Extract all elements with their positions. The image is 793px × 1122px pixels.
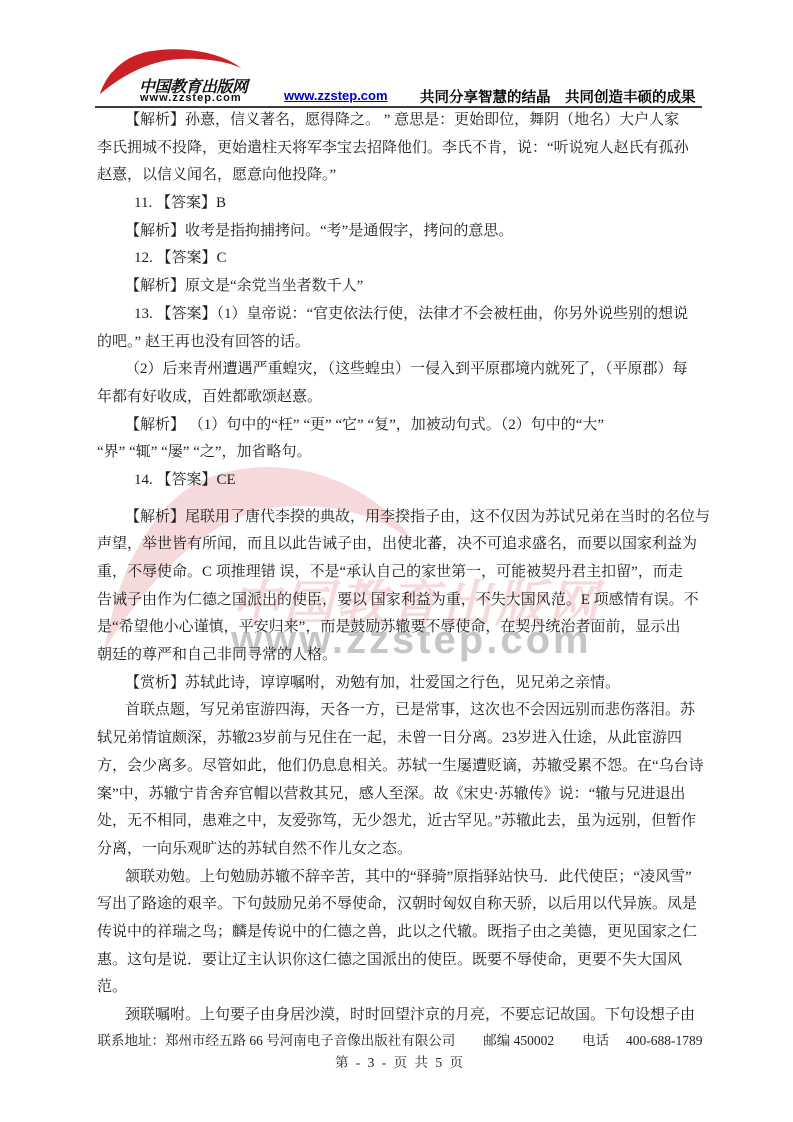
body-line: 写出了路途的艰辛。下句鼓励兄弟不辱使命，汉朝时匈奴自称天骄，以后用以代异族。凤是 — [97, 891, 703, 919]
body-line: 14. 【答案】CE — [97, 467, 703, 495]
body-line: 【解析】 （1）句中的“枉” “更” “它” “复”，加被动句式。（2）句中的“… — [97, 412, 703, 440]
body-line: 11. 【答案】B — [97, 190, 703, 218]
body-line: 年都有好收成，百姓都歌颂赵憙。 — [97, 384, 703, 412]
body-line: 13. 【答案】（1）皇帝说：“官吏依法行使，法律才不会被枉曲，你另外说些别的想… — [97, 301, 703, 329]
header-slogan: 共同分享智慧的结晶 共同创造丰硕的成果 — [420, 86, 696, 107]
body-line: 传说中的祥瑞之鸟；麟是传说中的仁德之兽，此以之代辙。既指子由之美德，更见国家之仁 — [97, 919, 703, 947]
body-line: 的吧。” 赵王再也没有回答的话。 — [97, 329, 703, 357]
body-line: 范。 — [97, 974, 703, 1002]
footer-postcode: 邮编 450002 — [483, 1033, 554, 1048]
footer-page-number: 第 - 3 - 页 共 5 页 — [97, 1051, 703, 1071]
body-line: 轼兄弟情谊颇深，苏辙23岁前与兄住在一起，未曾一日分离。23岁进入仕途，从此宦游… — [97, 725, 703, 753]
body-line: 【解析】尾联用了唐代李揆的典故，用李揆指子由，这不仅因为苏试兄弟在当时的名位与 — [97, 504, 703, 532]
body-line: 颔联劝勉。上句勉励苏辙不辞辛苦，其中的“驿骑”原指驿站快马．此代使臣；“凌风雪” — [97, 864, 703, 892]
body-line: （2）后来青州遭遇严重蝗灾，（这些蝗虫）一侵入到平原郡境内就死了，（平原郡）每 — [97, 356, 703, 384]
body-line: 重，不辱使命。C 项推理错 误，不是“承认自己的家世第一，可能被契丹君主扣留”，… — [97, 559, 703, 587]
body-line: 首联点题，写兄弟宦游四海，天各一方，已是常事，这次也不会因远别而悲伤落泪。苏 — [97, 697, 703, 725]
body-line: 颈联嘱咐。上句要子由身居沙漠，时时回望汴京的月亮，不要忘记故国。下句设想子由 — [97, 1002, 703, 1030]
publisher-logo: 中国教育出版网 www.zzstep.com — [95, 46, 267, 106]
document-body: 【解析】孙憙，信义著名，愿得降之。 ” 意思是：更始即位，舞阴（地名）大户人家李… — [97, 107, 703, 1030]
body-line: 案”中，苏辙宁肯舍弃官帽以营救其兄，感人至深。故《宋史·苏辙传》说：“辙与兄进退… — [97, 781, 703, 809]
body-line: 朝廷的尊严和自己非同寻常的人格。 — [97, 642, 703, 670]
body-line: 处，无不相同，患难之中，友爱弥笃，无少怨尤，近古罕见。”苏辙此去，虽为远别，但暂… — [97, 808, 703, 836]
body-line: 【赏析】苏轼此诗，谆谆嘱咐，劝勉有加，壮爱国之行色，见兄弟之亲情。 — [97, 670, 703, 698]
body-line: 【解析】原文是“余党当坐者数千人” — [97, 273, 703, 301]
body-line: 声望，举世皆有所闻，而且以此告诫子由，出使北蕃，决不可追求盛名，而要以国家利益为 — [97, 531, 703, 559]
body-line: 【解析】收考是指拘捕拷问。“考”是通假字，拷问的意思。 — [97, 218, 703, 246]
footer-address: 联系地址：郑州市经五路 66 号河南电子音像出版社有限公司 — [98, 1033, 456, 1048]
footer-contact-line: 联系地址：郑州市经五路 66 号河南电子音像出版社有限公司邮编 450002电话… — [97, 1029, 703, 1049]
body-line: 方，会少离多。尽管如此，他们仍息息相关。苏轼一生屡遭贬谪，苏辙受累不怨。在“乌台… — [97, 753, 703, 781]
website-link[interactable]: www.zzstep.com — [284, 88, 388, 103]
document-page: 中国教育出版网 www.zzstep.com www.zzstep.com 共同… — [0, 0, 793, 1122]
body-line: 告诫子由作为仁德之国派出的使臣，要以 国家利益为重，不失大国风范。E 项感情有误… — [97, 587, 703, 615]
footer-phone: 电话 400-688-1789 — [582, 1033, 702, 1048]
body-line: 12. 【答案】C — [97, 245, 703, 273]
body-line: 惠。这句是说．要让辽主认识你这仁德之国派出的使臣。既要不辱使命，更要不失大国风 — [97, 947, 703, 975]
logo-url: www.zzstep.com — [140, 92, 242, 104]
body-line: “界” “辄” “屡” “之”，加省略句。 — [97, 439, 703, 467]
body-line: 是“希望他小心谨慎，平安归来”，而是鼓励苏辙要不辱使命，在契丹统治者面前，显示出 — [97, 614, 703, 642]
body-line: 李氏拥城不投降，更始遣柱天将军李宝去招降他们。李氏不肯，说：“听说宛人赵氏有孤孙 — [97, 135, 703, 163]
body-line: 赵憙，以信义闻名，愿意向他投降。” — [97, 162, 703, 190]
body-line: 分离，一向乐观旷达的苏轼自然不作儿女之态。 — [97, 836, 703, 864]
body-line: 【解析】孙憙，信义著名，愿得降之。 ” 意思是：更始即位，舞阴（地名）大户人家 — [97, 107, 703, 135]
